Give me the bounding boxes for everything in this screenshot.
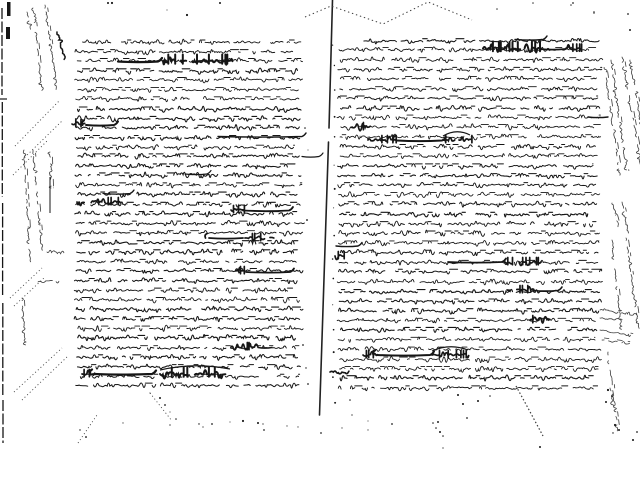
text-line — [339, 192, 600, 198]
speckle — [435, 427, 437, 429]
text-line — [76, 306, 303, 312]
text-line — [339, 201, 597, 207]
bold-glyph-cluster — [483, 42, 540, 53]
speckle — [159, 397, 161, 399]
speckle — [169, 424, 170, 425]
text-line — [75, 77, 303, 83]
text-line — [75, 49, 297, 54]
text-line — [75, 297, 300, 303]
section-rule — [588, 117, 608, 118]
text-line — [339, 289, 600, 294]
margin-dot — [334, 65, 335, 66]
text-line — [75, 172, 301, 178]
margin-note — [612, 202, 622, 231]
text-line — [77, 145, 299, 150]
text-line — [76, 116, 301, 122]
bold-glyph-cluster — [77, 198, 120, 206]
text-line — [339, 230, 600, 236]
speckle — [164, 404, 166, 406]
speckle — [614, 424, 616, 426]
text-line — [337, 318, 601, 323]
dotted-crease-line — [150, 393, 172, 421]
speckle — [572, 2, 574, 4]
text-line — [76, 163, 296, 168]
speckle — [186, 14, 188, 16]
speckle — [349, 399, 351, 401]
speckle — [149, 392, 150, 393]
margin-note — [620, 57, 640, 169]
dotted-crease-line — [22, 356, 68, 400]
margin-dot — [334, 402, 336, 404]
dotted-crease-line — [13, 140, 48, 175]
section-rule — [373, 351, 434, 356]
bold-glyph-cluster — [231, 206, 244, 213]
flourish-arc — [443, 132, 470, 136]
speckle — [457, 394, 459, 396]
section-rule — [336, 243, 362, 247]
text-line — [340, 366, 604, 372]
speckle — [593, 11, 594, 12]
margin-dot — [332, 304, 333, 305]
margin-dot — [333, 235, 335, 237]
speckle — [111, 2, 113, 4]
margin-note — [56, 31, 67, 59]
speckle — [636, 431, 638, 433]
smudge-streak — [516, 386, 543, 436]
margin-note — [600, 328, 636, 338]
speckle — [539, 446, 541, 448]
speckle — [618, 429, 620, 431]
margin-note — [603, 67, 623, 175]
section-rule — [533, 287, 562, 291]
text-line — [78, 335, 295, 341]
speckle — [242, 420, 244, 422]
margin-dot — [333, 329, 335, 331]
margin-note — [31, 8, 44, 91]
ink-blob — [6, 27, 10, 39]
section-rule — [515, 36, 547, 40]
text-line — [341, 124, 602, 130]
text-line — [338, 337, 603, 342]
text-line — [339, 308, 599, 314]
text-line — [340, 144, 595, 149]
speckle — [607, 389, 609, 391]
section-rule — [448, 259, 506, 263]
speckle — [432, 422, 434, 424]
text-line — [340, 375, 593, 381]
text-line — [340, 212, 595, 217]
bold-glyph-cluster — [368, 136, 396, 143]
text-line — [337, 279, 602, 285]
speckle — [629, 29, 631, 31]
speckle — [462, 403, 464, 405]
text-line — [76, 183, 308, 188]
speckle — [632, 439, 634, 441]
bold-glyph-cluster — [245, 234, 274, 241]
text-line — [339, 269, 608, 274]
text-line — [76, 96, 299, 101]
text-line — [77, 259, 296, 264]
margin-note — [20, 298, 28, 345]
right-page-text — [330, 36, 608, 404]
speckle — [367, 429, 368, 430]
ink-blob — [7, 2, 11, 16]
margin-note — [32, 150, 44, 251]
margin-dot — [334, 136, 336, 138]
scan-canvas — [0, 0, 640, 480]
right-margin-annotations — [600, 57, 640, 438]
speckle — [302, 344, 304, 346]
speckle — [570, 4, 572, 6]
speckle — [391, 423, 393, 425]
margin-note — [624, 238, 640, 332]
speckle — [79, 429, 80, 430]
text-line — [76, 221, 304, 227]
flourish-arc — [160, 366, 230, 370]
section-rule — [302, 153, 323, 157]
bold-glyph-cluster — [352, 123, 370, 131]
margin-note — [47, 250, 64, 254]
speckle — [489, 395, 491, 397]
speckle — [612, 432, 613, 433]
text-line — [339, 221, 599, 227]
left-page-text — [72, 39, 323, 388]
speckle — [367, 420, 368, 421]
text-line — [75, 136, 300, 141]
speckle — [442, 435, 444, 437]
text-line — [75, 278, 298, 284]
text-line — [340, 76, 596, 82]
text-line — [76, 230, 303, 236]
text-line — [78, 325, 303, 331]
text-line — [74, 288, 299, 293]
text-line — [78, 240, 300, 247]
dotted-crease-line — [22, 120, 63, 160]
margin-dot — [334, 188, 336, 190]
speckle — [262, 423, 263, 424]
bold-glyph-cluster — [505, 258, 541, 266]
text-line — [341, 106, 600, 112]
dotted-crease-line — [14, 348, 62, 392]
speckle — [437, 421, 439, 423]
text-line — [338, 347, 601, 352]
speckle — [297, 426, 298, 427]
text-line — [77, 58, 302, 63]
speckle — [477, 400, 479, 402]
margin-dot — [332, 45, 333, 46]
speckle — [219, 2, 221, 4]
text-line — [338, 67, 608, 72]
margin-dot — [332, 258, 334, 260]
margin-note — [22, 150, 32, 262]
section-rule — [205, 234, 243, 239]
speckle — [85, 436, 87, 438]
speckle — [439, 431, 441, 433]
margin-note — [608, 388, 616, 408]
dotted-crease-line — [15, 100, 60, 146]
text-line — [340, 357, 602, 363]
text-line — [341, 327, 597, 332]
margin-dot — [332, 278, 334, 280]
bold-glyph-cluster — [432, 351, 469, 358]
section-rule — [258, 348, 272, 349]
text-line — [340, 57, 603, 63]
margin-dot — [333, 207, 334, 208]
speckle — [211, 423, 213, 425]
speckle — [605, 401, 607, 403]
speckle — [107, 2, 109, 4]
text-line — [78, 364, 301, 369]
gutter-fold-line — [320, 142, 329, 415]
text-line — [338, 386, 604, 391]
speckle — [466, 417, 468, 419]
section-rule — [90, 370, 156, 375]
text-line — [338, 182, 596, 187]
speckle — [306, 219, 308, 221]
bold-glyph-cluster — [231, 343, 258, 350]
speckle — [202, 426, 203, 427]
margin-dot — [333, 351, 335, 353]
speckle — [307, 383, 309, 385]
speckle — [307, 149, 308, 150]
text-line — [78, 153, 299, 159]
text-line — [339, 240, 604, 246]
speckle — [169, 411, 170, 412]
speckle — [320, 432, 322, 434]
section-rule — [243, 207, 293, 211]
text-line — [340, 154, 597, 159]
section-rule — [540, 46, 569, 50]
margin-note — [43, 5, 59, 90]
speckle — [229, 421, 230, 422]
text-line — [340, 87, 597, 92]
crease-zigzag — [305, 2, 472, 24]
margin-dot — [332, 376, 334, 378]
text-line — [78, 87, 298, 92]
speckle — [122, 422, 123, 423]
speckle — [611, 395, 613, 397]
speckle — [341, 427, 342, 428]
speckle — [166, 9, 167, 10]
bold-glyph-cluster — [163, 55, 233, 65]
speckle — [627, 13, 629, 15]
dotted-crease-line — [78, 415, 97, 443]
speckle — [304, 127, 306, 129]
text-line — [338, 164, 600, 169]
margin-note — [602, 338, 634, 345]
speckle — [351, 414, 352, 415]
margin-note — [48, 152, 54, 191]
bold-glyph-cluster — [363, 351, 377, 358]
text-line — [74, 316, 299, 321]
speckle — [305, 367, 306, 368]
margin-note — [25, 12, 32, 30]
margin-note — [610, 240, 624, 330]
speckle — [198, 423, 199, 424]
text-line — [77, 354, 302, 360]
margin-dot — [334, 116, 336, 118]
dotted-crease-line — [14, 278, 44, 306]
gutter-line — [320, 0, 333, 415]
text-line — [337, 115, 605, 120]
speckle — [286, 425, 287, 426]
text-line — [338, 96, 604, 101]
bold-glyph-cluster — [330, 371, 349, 374]
manuscript-scan — [0, 0, 640, 480]
text-line — [338, 173, 602, 179]
text-line — [78, 106, 302, 112]
speckle — [532, 2, 534, 4]
margin-dot — [334, 89, 336, 91]
speckle — [263, 429, 265, 431]
margin-note — [620, 202, 631, 234]
dotted-crease-line — [10, 268, 42, 298]
margin-dot — [334, 165, 335, 166]
section-rule — [393, 136, 446, 141]
speckle — [257, 422, 259, 424]
text-line — [364, 38, 599, 43]
speckle — [175, 418, 177, 420]
bold-glyph-cluster — [236, 267, 244, 274]
margin-note — [38, 280, 59, 284]
speckle — [442, 447, 443, 448]
text-line — [83, 39, 301, 44]
text-line — [339, 299, 601, 304]
speckle — [496, 8, 498, 10]
margin-note — [600, 308, 637, 316]
text-line — [340, 249, 598, 255]
text-line — [78, 68, 298, 74]
section-rule — [103, 190, 134, 194]
gutter-fold-line — [329, 0, 333, 128]
text-line — [77, 249, 298, 255]
bold-glyph-cluster — [82, 370, 95, 377]
text-line — [76, 383, 299, 388]
